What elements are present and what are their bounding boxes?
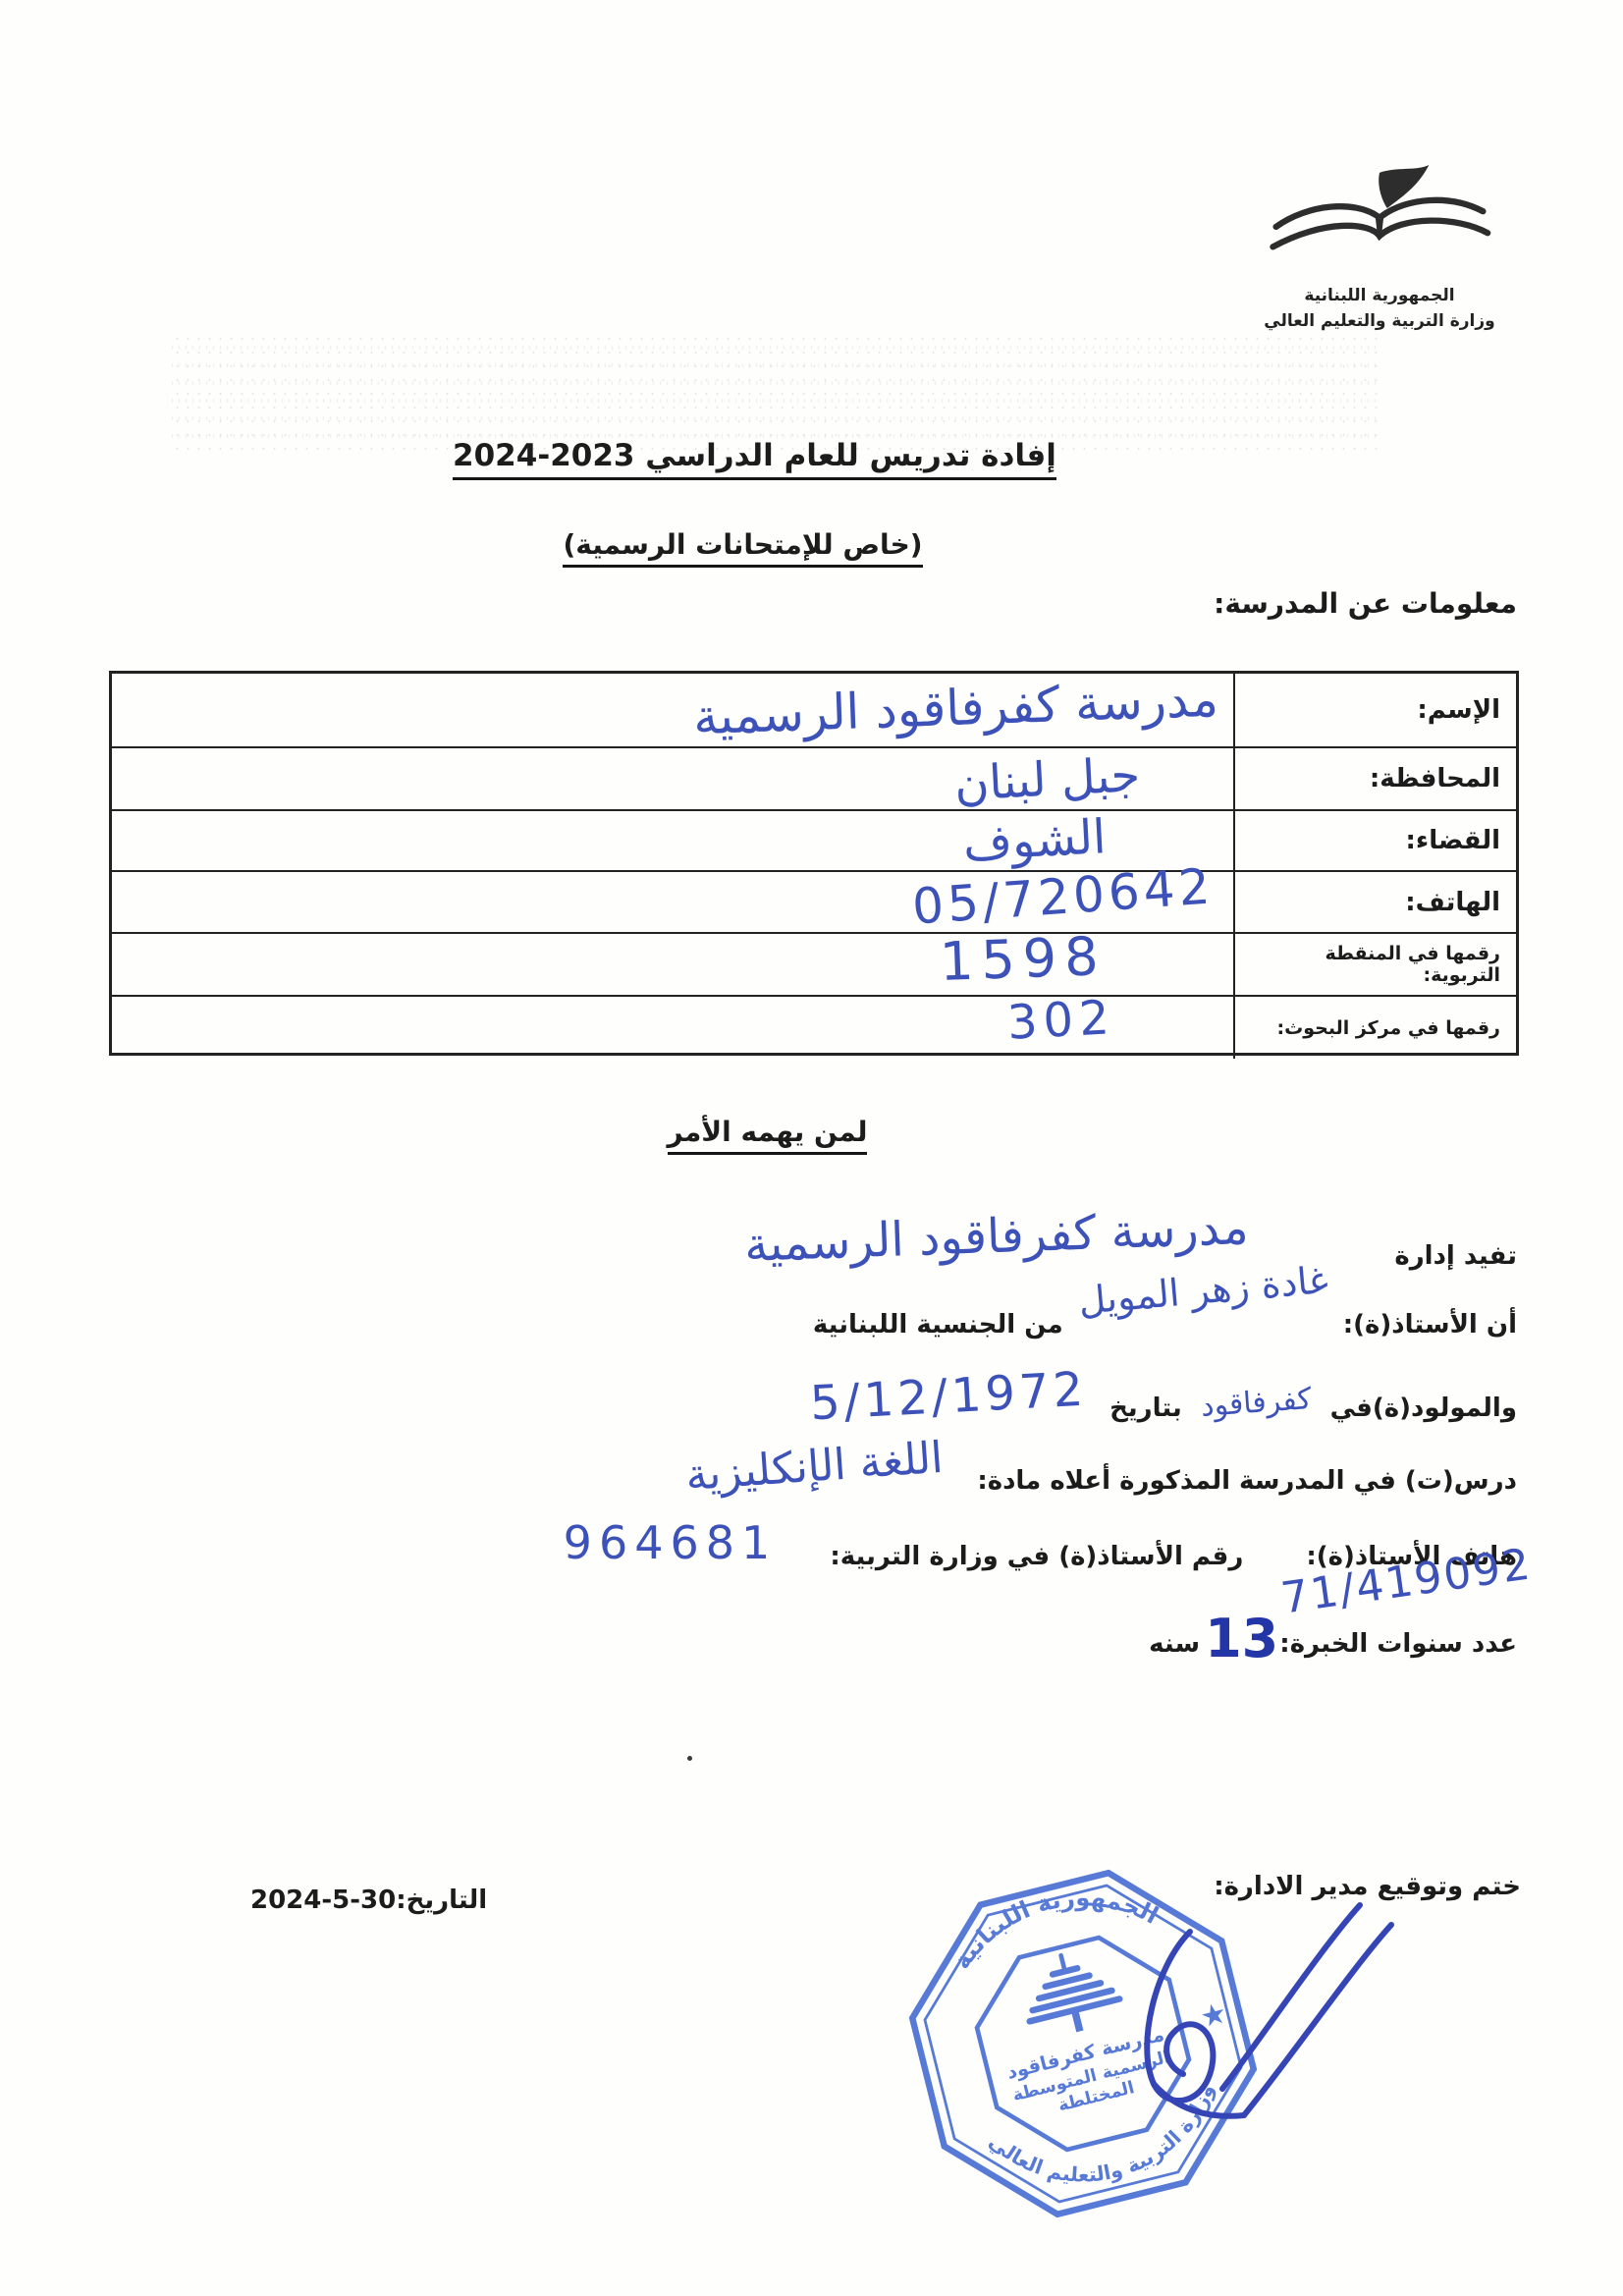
letter-heading: لمن يهمه الأمر [0, 1116, 1579, 1148]
experience-label: عدد سنوات الخبرة: [1279, 1629, 1517, 1659]
birthdate-label: بتاريخ [1109, 1394, 1182, 1423]
row-label-phone: الهاتف: [1233, 872, 1516, 932]
ministry-logo: الجمهورية اللبنانية وزارة التربية والتعل… [1222, 165, 1537, 335]
school-info-heading: معلومات عن المدرسة: [1214, 587, 1517, 620]
handwritten-subject: اللغة الإنكليزية [683, 1433, 944, 1501]
handwritten-birthdate: 5/12/1972 [809, 1362, 1089, 1432]
teacher-label: أن الأستاذ(ة): [1343, 1310, 1517, 1339]
table-row: رقمها في المنقطة التربوية: 1598 [112, 932, 1516, 995]
row-value-research-number: 302 [112, 997, 1233, 1059]
ink-speck [687, 1756, 692, 1761]
title-text: إفادة تدريس للعام الدراسي [645, 438, 1056, 473]
letter-line-experience: عدد سنوات الخبرة: 13 سنه [1149, 1603, 1517, 1665]
document-title: إفادة تدريس للعام الدراسي 2024-2023 [0, 438, 1566, 473]
logo-ministry-line: وزارة التربية والتعليم العالي [1222, 308, 1537, 334]
open-book-icon [1257, 165, 1502, 281]
table-row: الإسم: مدرسة كفرفاقود الرسمية [112, 674, 1516, 746]
letter-line-teacher: أن الأستاذ(ة): غادة زهر المويل من الجنسي… [813, 1298, 1517, 1341]
row-label-governorate: المحافظة: [1233, 748, 1516, 809]
row-label-research-number: رقمها في مركز البحوث: [1233, 997, 1516, 1059]
logo-country-line: الجمهورية اللبنانية [1222, 283, 1537, 308]
handwritten-ministry-number: 964681 [564, 1516, 778, 1569]
certify-label: تفيد إدارة [1394, 1241, 1517, 1271]
row-label-district: القضاء: [1233, 811, 1516, 870]
taught-label: درس(ت) في المدرسة المذكورة أعلاه مادة: [977, 1466, 1517, 1496]
date-label: التاريخ: [396, 1886, 487, 1915]
letter-line-birth: والمولود(ة)في كفرفاقود بتاريخ 5/12/1972 [810, 1373, 1517, 1428]
scanned-document-page: الجمهورية اللبنانية وزارة التربية والتعل… [0, 0, 1623, 2296]
scan-noise-band [172, 332, 1380, 450]
handwritten-school-name-body: مدرسة كفرفاقود الرسمية [743, 1200, 1249, 1273]
row-value-district: الشوف [112, 811, 1233, 870]
handwritten-district: الشوف [961, 809, 1107, 872]
handwritten-school-name: مدرسة كفرفاقود الرسمية [692, 671, 1219, 746]
row-value-zone-number: 1598 [112, 934, 1233, 995]
row-value-governorate: جبل لبنان [112, 748, 1233, 809]
to-whom-it-may-concern: لمن يهمه الأمر [668, 1116, 868, 1155]
table-row: القضاء: الشوف [112, 809, 1516, 870]
letter-line-certify: تفيد إدارة مدرسة كفرفاقود الرسمية [744, 1221, 1517, 1276]
letter-line-subject: درس(ت) في المدرسة المذكورة أعلاه مادة: ا… [685, 1449, 1517, 1500]
date-line: التاريخ:2024-5-30 [250, 1886, 487, 1915]
title-years: 2024-2023 [453, 438, 634, 473]
row-value-name: مدرسة كفرفاقود الرسمية [112, 674, 1233, 746]
subtitle-text: (خاص للإمتحانات الرسمية) [563, 528, 922, 568]
document-subtitle: (خاص للإمتحانات الرسمية) [0, 528, 1554, 561]
born-label: والمولود(ة)في [1330, 1394, 1517, 1423]
handwritten-governorate: جبل لبنان [952, 747, 1141, 812]
row-label-zone-number: رقمها في المنقطة التربوية: [1233, 934, 1516, 995]
row-value-phone: 05/720642 [112, 872, 1233, 932]
handwritten-research-number: 302 [1006, 990, 1116, 1051]
row-label-name: الإسم: [1233, 674, 1516, 746]
ministry-number-label: رقم الأستاذ(ة) في وزارة التربية: [830, 1542, 1243, 1571]
director-signature [1092, 1887, 1426, 2153]
handwritten-birthplace: كفرفاقود [1200, 1382, 1313, 1424]
nationality-text: من الجنسية اللبنانية [813, 1310, 1063, 1339]
date-value: 2024-5-30 [250, 1886, 396, 1915]
table-row: رقمها في مركز البحوث: 302 [112, 995, 1516, 1059]
handwritten-experience-years: 13 [1205, 1608, 1278, 1669]
handwritten-zone-number: 1598 [939, 925, 1108, 993]
table-row: الهاتف: 05/720642 [112, 870, 1516, 932]
experience-suffix: سنه [1149, 1629, 1200, 1659]
school-info-table: الإسم: مدرسة كفرفاقود الرسمية المحافظة: … [109, 671, 1519, 1056]
table-row: المحافظة: جبل لبنان [112, 746, 1516, 809]
